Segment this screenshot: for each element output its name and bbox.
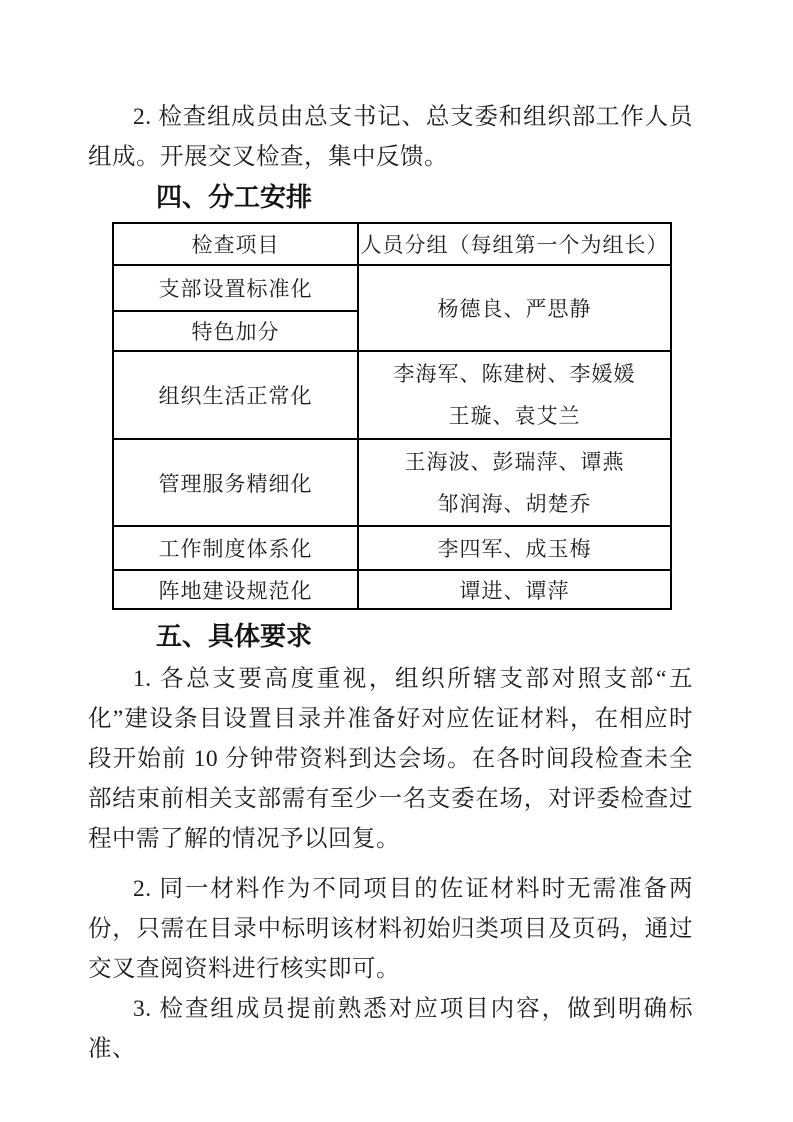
table-row: 支部设置标准化 杨德良、严思静 <box>113 265 671 311</box>
table-header-members: 人员分组（每组第一个为组长） <box>358 223 671 265</box>
members-cell: 李海军、陈建树、李媛媛 王璇、袁艾兰 <box>358 351 671 439</box>
table-header-project: 检查项目 <box>113 223 358 265</box>
table-header-row: 检查项目 人员分组（每组第一个为组长） <box>113 223 671 265</box>
members-cell: 谭进、谭萍 <box>358 570 671 609</box>
project-cell: 支部设置标准化 <box>113 265 358 311</box>
requirement-paragraph-2: 2. 同一材料作为不同项目的佐证材料时无需准备两份，只需在目录中标明该材料初始归… <box>88 869 693 989</box>
members-line: 李海军、陈建树、李媛媛 <box>359 353 670 395</box>
table-row: 阵地建设规范化 谭进、谭萍 <box>113 570 671 609</box>
document-page: 2. 检查组成员由总支书记、总支委和组织部工作人员组成。开展交叉检查，集中反馈。… <box>0 0 793 1122</box>
members-line: 王海波、彭瑞萍、谭燕 <box>359 441 670 483</box>
project-cell: 工作制度体系化 <box>113 526 358 570</box>
members-cell: 李四军、成玉梅 <box>358 526 671 570</box>
section-4-heading: 四、分工安排 <box>156 177 693 217</box>
requirement-paragraph-3: 3. 检查组成员提前熟悉对应项目内容，做到明确标准、 <box>88 989 693 1069</box>
members-line: 邹润海、胡楚乔 <box>359 483 670 525</box>
project-cell: 管理服务精细化 <box>113 439 358 526</box>
requirement-paragraph-1: 1. 各总支要高度重视，组织所辖支部对照支部“五化”建设条目设置目录并准备好对应… <box>88 659 693 859</box>
section-5-heading: 五、具体要求 <box>156 616 693 656</box>
table-row: 组织生活正常化 李海军、陈建树、李媛媛 王璇、袁艾兰 <box>113 351 671 439</box>
members-cell: 王海波、彭瑞萍、谭燕 邹润海、胡楚乔 <box>358 439 671 526</box>
intro-paragraph: 2. 检查组成员由总支书记、总支委和组织部工作人员组成。开展交叉检查，集中反馈。 <box>88 97 693 177</box>
members-cell: 杨德良、严思静 <box>358 265 671 351</box>
table-row: 管理服务精细化 王海波、彭瑞萍、谭燕 邹润海、胡楚乔 <box>113 439 671 526</box>
project-cell: 阵地建设规范化 <box>113 570 358 609</box>
project-cell: 特色加分 <box>113 311 358 351</box>
members-line: 王璇、袁艾兰 <box>359 395 670 437</box>
table-row: 工作制度体系化 李四军、成玉梅 <box>113 526 671 570</box>
project-cell: 组织生活正常化 <box>113 351 358 439</box>
assignment-table: 检查项目 人员分组（每组第一个为组长） 支部设置标准化 杨德良、严思静 特色加分… <box>112 222 672 610</box>
